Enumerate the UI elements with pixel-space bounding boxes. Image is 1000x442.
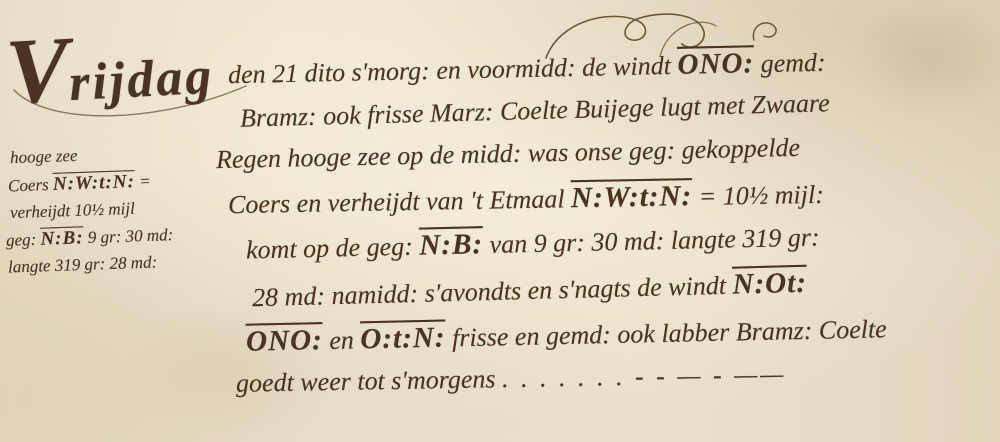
text-run: = xyxy=(135,172,151,192)
compass-abbr: ONO: xyxy=(246,324,323,358)
compass-abbr: N:W:t:N: xyxy=(571,180,693,214)
margin-note-course: Coers N:W:t:N: = xyxy=(8,172,151,196)
compass-abbr: O:t:N: xyxy=(360,322,446,356)
log-line: Coers en verheijdt van 't Etmaal N:W:t:N… xyxy=(228,180,824,220)
text-run: langte 319 gr: 28 md: xyxy=(8,252,158,276)
text-run: Coers xyxy=(8,175,54,196)
text-run: = 10½ mijl: xyxy=(692,180,824,211)
text-run: gemd: xyxy=(754,48,826,78)
manuscript-page: Vrijdag hooge zee Coers N:W:t:N: = verhe… xyxy=(0,0,1000,442)
log-line: ONO: en O:t:N: frisse en gemd: ook labbe… xyxy=(246,314,887,357)
text-run: en xyxy=(323,325,361,355)
log-line: komt op de geg: N:B: van 9 gr: 30 md: la… xyxy=(246,222,820,264)
text-run: Coers en verheijdt van 't Etmaal xyxy=(228,184,571,219)
text-run: frisse en gemd: ook labber Bramz: Coelte xyxy=(445,314,887,352)
text-run: komt op de geg: xyxy=(246,232,420,265)
compass-abbr: N:B: xyxy=(40,227,84,249)
text-run: Bramz: ook frisse Marz: Coelte Buijege l… xyxy=(240,88,830,132)
text-run: Regen hooge zee op de midd: was onse geg… xyxy=(216,133,801,174)
compass-abbr: N:B: xyxy=(419,228,484,261)
text-run: goedt weer tot s'morgens xyxy=(236,364,502,398)
text-run: den 21 dito s'morg: en voormidd: de wind… xyxy=(228,51,678,89)
compass-abbr: N:W:t:N: xyxy=(53,171,136,195)
log-line: 28 md: namidd: s'avondts en s'nagts de w… xyxy=(252,269,808,313)
text-run: verheijdt 10½ mijl xyxy=(10,199,135,222)
log-line: goedt weer tot s'morgens . . . . . . . -… xyxy=(236,361,787,397)
margin-note-sea: hooge zee xyxy=(10,147,78,166)
margin-note-latitude: geg: N:B: 9 gr: 30 md: xyxy=(6,225,174,250)
text-run: van 9 gr: 30 md: langte 319 gr: xyxy=(483,222,820,259)
compass-abbr: N:Ot: xyxy=(732,267,807,301)
filler-dots: . . . . . . . - - — - —— xyxy=(502,359,787,393)
day-heading: Vrijdag xyxy=(3,9,216,127)
log-line: den 21 dito s'morg: en voormidd: de wind… xyxy=(228,48,826,90)
text-run: geg: xyxy=(6,230,41,250)
log-line: Bramz: ook frisse Marz: Coelte Buijege l… xyxy=(240,90,830,131)
paper-stain xyxy=(850,0,1000,120)
text-run: hooge zee xyxy=(10,146,78,167)
text-run: 28 md: namidd: s'avondts en s'nagts de w… xyxy=(252,271,733,313)
text-run: 9 gr: 30 md: xyxy=(83,225,173,247)
compass-abbr: ONO: xyxy=(677,47,754,81)
margin-note-distance: verheijdt 10½ mijl xyxy=(10,200,135,221)
margin-note-longitude: langte 319 gr: 28 md: xyxy=(8,253,158,275)
log-line: Regen hooge zee op de midd: was onse geg… xyxy=(216,135,801,173)
